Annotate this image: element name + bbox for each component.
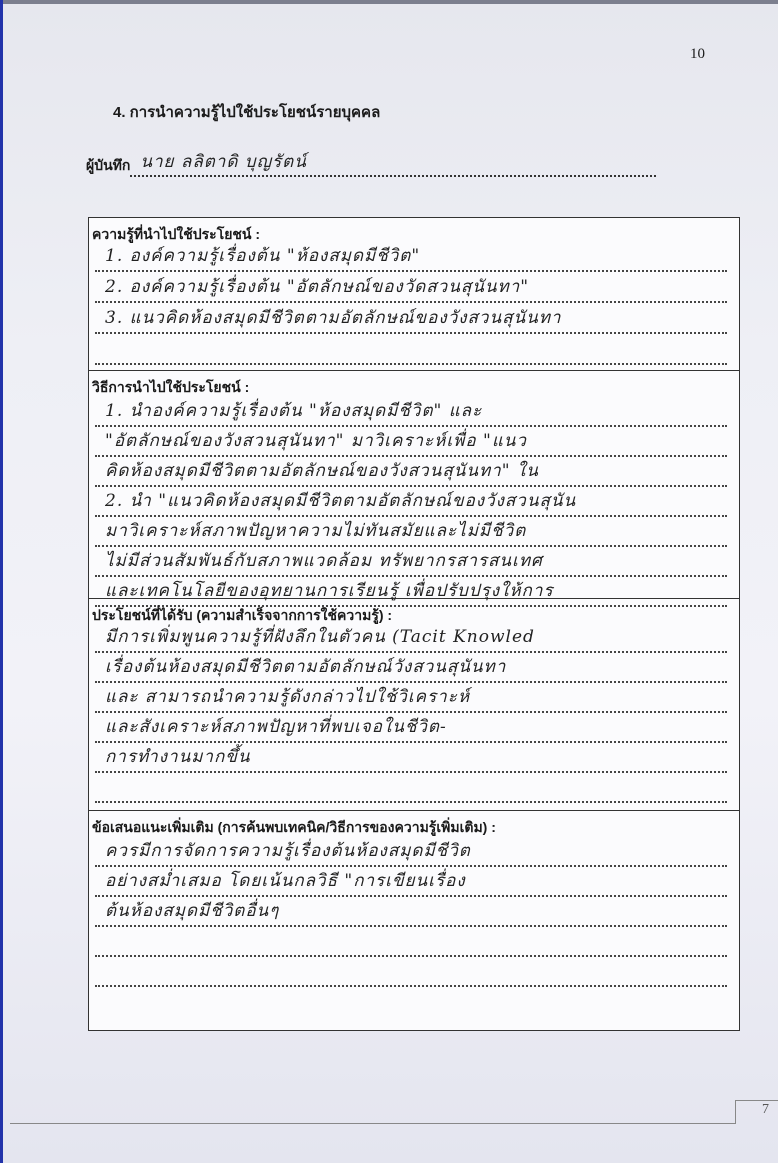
handwritten-text: ไม่มีส่วนสัมพันธ์กับสภาพแวดล้อม ทรัพยากร… <box>105 547 543 574</box>
entry-line: มาวิเคราะห์สภาพปัญหาความไม่ทันสมัยและไม่… <box>95 523 727 547</box>
handwritten-text: 1. นำองค์ความรู้เรื่องต้น "ห้องสมุดมีชีว… <box>105 397 482 424</box>
entry-line: ควรมีการจัดการความรู้เรื่องต้นห้องสมุดมี… <box>95 843 727 867</box>
entry-line: 2. องค์ความรู้เรื่องต้น "อัตลักษณ์ของวัด… <box>95 279 727 303</box>
recorder-handwriting: นาย ลลิตาดิ บุญรัตน์ <box>140 148 306 175</box>
handwritten-text: 1. องค์ความรู้เรื่องต้น "ห้องสมุดมีชีวิต… <box>105 242 420 269</box>
footer-mark: 7 <box>762 1102 769 1118</box>
entry-line <box>95 933 727 957</box>
section-application-method: วิธีการนำไปใช้ประโยชน์ : 1. นำองค์ความรู… <box>89 371 739 599</box>
entry-line <box>95 341 727 365</box>
section-benefits: ประโยชน์ที่ได้รับ (ความสำเร็จจากการใช้คว… <box>89 599 739 811</box>
section-suggestions: ข้อเสนอแนะเพิ่มเติม (การค้นพบเทคนิค/วิธี… <box>89 811 739 1032</box>
handwritten-text: และสังเคราะห์สภาพปัญหาที่พบเจอในชีวิต- <box>105 713 447 740</box>
entry-line: 3. แนวคิดห้องสมุดมีชีวิตตามอัตลักษณ์ของว… <box>95 310 727 334</box>
entry-line: การทำงานมากขึ้น <box>95 749 727 773</box>
entry-line: 1. องค์ความรู้เรื่องต้น "ห้องสมุดมีชีวิต… <box>95 248 727 272</box>
handwritten-text: 2. นำ "แนวคิดห้องสมุดมีชีวิตตามอัตลักษณ์… <box>105 487 576 514</box>
entry-line: คิดห้องสมุดมีชีวิตตามอัตลักษณ์ของวังสวนส… <box>95 463 727 487</box>
handwritten-text: เรื่องต้นห้องสมุดมีชีวิตตามอัตลักษณ์วังส… <box>105 653 506 680</box>
entry-line: มีการเพิ่มพูนความรู้ที่ฝังลึกในตัวคน (Ta… <box>95 629 727 653</box>
scan-left-edge <box>0 0 3 1163</box>
handwritten-text: การทำงานมากขึ้น <box>105 743 250 770</box>
entry-line: "อัตลักษณ์ของวังสวนสุนันทา" มาวิเคราะห์เ… <box>95 433 727 457</box>
entry-line: ไม่มีส่วนสัมพันธ์กับสภาพแวดล้อม ทรัพยากร… <box>95 553 727 577</box>
handwritten-text: มาวิเคราะห์สภาพปัญหาความไม่ทันสมัยและไม่… <box>105 517 526 544</box>
entry-line <box>95 779 727 803</box>
handwritten-text: มีการเพิ่มพูนความรู้ที่ฝังลึกในตัวคน (Ta… <box>105 623 535 650</box>
recorder-label: ผู้บันทึก <box>86 155 130 177</box>
entry-line: ต้นห้องสมุดมีชีวิตอื่นๆ <box>95 903 727 927</box>
section-knowledge-used: ความรู้ที่นำไปใช้ประโยชน์ : 1. องค์ความร… <box>89 218 739 371</box>
recorder-field: ผู้บันทึก นาย ลลิตาดิ บุญรัตน์ <box>86 155 656 177</box>
handwritten-text: 3. แนวคิดห้องสมุดมีชีวิตตามอัตลักษณ์ของว… <box>105 304 561 331</box>
handwritten-text: ต้นห้องสมุดมีชีวิตอื่นๆ <box>105 897 279 924</box>
handwritten-text: ควรมีการจัดการความรู้เรื่องต้นห้องสมุดมี… <box>105 837 471 864</box>
footer-tab <box>735 1100 778 1124</box>
handwritten-text: คิดห้องสมุดมีชีวิตตามอัตลักษณ์ของวังสวนส… <box>105 457 539 484</box>
entry-line: อย่างสม่ำเสมอ โดยเน้นกลวิธี "การเขียนเรื… <box>95 873 727 897</box>
section-label: ข้อเสนอแนะเพิ่มเติม (การค้นพบเทคนิค/วิธี… <box>92 817 496 839</box>
scan-top-edge <box>0 0 778 4</box>
entry-line <box>95 963 727 987</box>
section-label: วิธีการนำไปใช้ประโยชน์ : <box>92 377 249 399</box>
entry-line: 1. นำองค์ความรู้เรื่องต้น "ห้องสมุดมีชีว… <box>95 403 727 427</box>
handwritten-text: 2. องค์ความรู้เรื่องต้น "อัตลักษณ์ของวัด… <box>105 273 529 300</box>
knowledge-form: ความรู้ที่นำไปใช้ประโยชน์ : 1. องค์ความร… <box>88 217 740 1031</box>
entry-line: 2. นำ "แนวคิดห้องสมุดมีชีวิตตามอัตลักษณ์… <box>95 493 727 517</box>
handwritten-text: อย่างสม่ำเสมอ โดยเน้นกลวิธี "การเขียนเรื… <box>105 867 466 894</box>
footer-rule <box>10 1123 735 1124</box>
entry-line: เรื่องต้นห้องสมุดมีชีวิตตามอัตลักษณ์วังส… <box>95 659 727 683</box>
entry-line: และ สามารถนำความรู้ดังกล่าวไปใช้วิเคราะห… <box>95 689 727 713</box>
handwritten-text: "อัตลักษณ์ของวังสวนสุนันทา" มาวิเคราะห์เ… <box>105 427 527 454</box>
section-title: 4. การนำความรู้ไปใช้ประโยชน์รายบุคคล <box>113 100 380 124</box>
entry-line: และสังเคราะห์สภาพปัญหาที่พบเจอในชีวิต- <box>95 719 727 743</box>
handwritten-text: และ สามารถนำความรู้ดังกล่าวไปใช้วิเคราะห… <box>105 683 470 710</box>
recorder-line: นาย ลลิตาดิ บุญรัตน์ <box>130 159 656 177</box>
page-number: 10 <box>690 46 705 63</box>
